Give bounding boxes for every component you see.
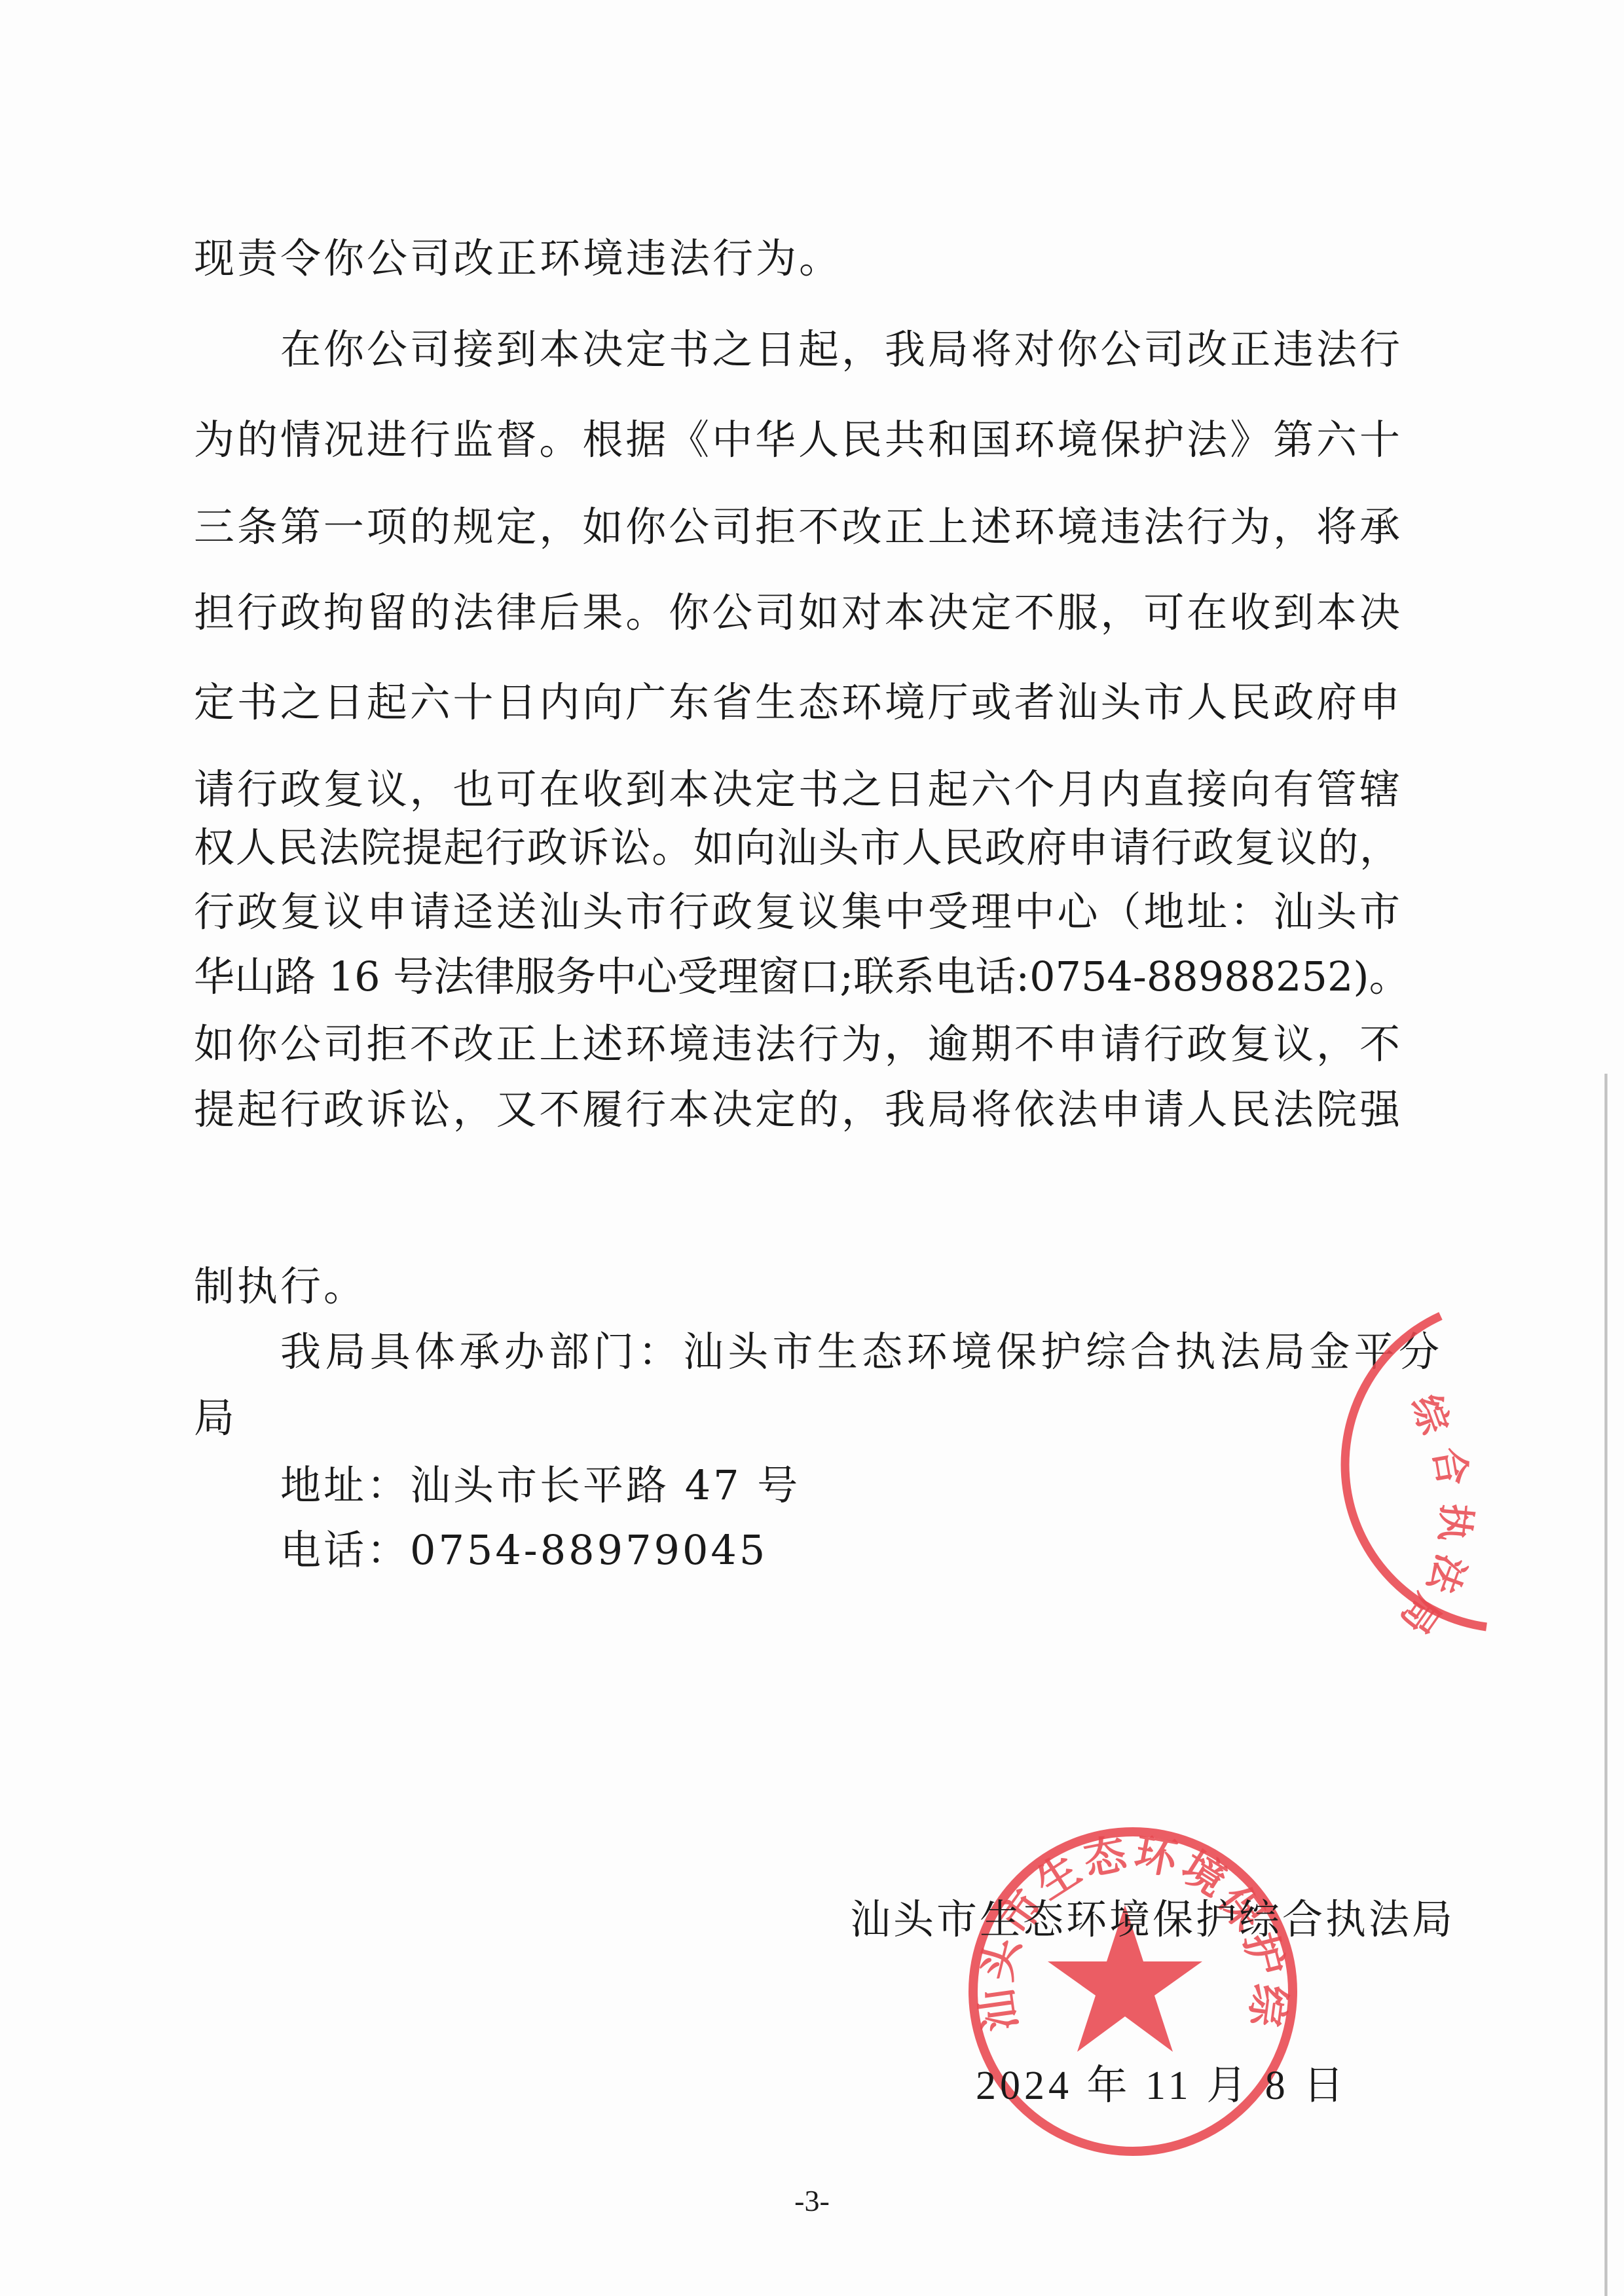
address-line: 地址：汕头市长平路 47 号 xyxy=(280,1459,800,1512)
body-line-9: 行政复议申请迳送汕头市行政复议集中受理中心（地址：汕头市 xyxy=(194,886,1400,938)
body-line-7: 请行政复议，也可在收到本决定书之日起六个月内直接向有管辖 xyxy=(194,763,1400,816)
department-line-continued: 局 xyxy=(194,1392,1400,1444)
svg-text:综: 综 xyxy=(1403,1389,1458,1441)
page-number: -3- xyxy=(0,2183,1624,2218)
issue-date: 2024 年 11 月 8 日 xyxy=(976,2060,1348,2112)
body-line-2: 在你公司接到本决定书之日起，我局将对你公司改正违法行 xyxy=(280,323,1400,376)
body-line-1: 现责令你公司改正环境违法行为。 xyxy=(194,232,1400,285)
body-line-10: 华山路 16 号法律服务中心受理窗口;联系电话:0754-88988252)。 xyxy=(194,951,1400,1003)
body-line-5: 担行政拘留的法律后果。你公司如对本决定不服，可在收到本决 xyxy=(194,587,1400,639)
body-line-6: 定书之日起六十日内向广东省生态环境厅或者汕头市人民政府申 xyxy=(194,676,1400,729)
department-line: 我局具体承办部门：汕头市生态环境保护综合执法局金平分 xyxy=(280,1326,1439,1378)
body-line-3: 为的情况进行监督。根据《中华人民共和国环境保护法》第六十 xyxy=(194,414,1400,466)
svg-text:合: 合 xyxy=(1425,1444,1475,1489)
phone-line: 电话：0754-88979045 xyxy=(280,1524,767,1576)
body-line-4: 三条第一项的规定，如你公司拒不改正上述环境违法行为，将承 xyxy=(194,501,1400,553)
body-line-12: 提起行政诉讼，又不履行本决定的，我局将依法申请人民法院强 xyxy=(194,1084,1400,1136)
svg-text:法: 法 xyxy=(1419,1548,1474,1600)
body-line-8: 权人民法院提起行政诉讼。如向汕头市人民政府申请行政复议的， xyxy=(194,822,1400,874)
body-line-13: 制执行。 xyxy=(194,1260,1400,1313)
body-line-11: 如你公司拒不改正上述环境违法行为，逾期不申请行政复议，不 xyxy=(194,1018,1400,1070)
scan-page-edge xyxy=(1604,1074,1608,2296)
issuer-name: 汕头市生态环境保护综合执法局 xyxy=(850,1893,1455,1946)
svg-text:局: 局 xyxy=(1392,1586,1450,1643)
svg-text:执: 执 xyxy=(1431,1502,1479,1544)
document-page: 现责令你公司改正环境违法行为。 在你公司接到本决定书之日起，我局将对你公司改正违… xyxy=(0,0,1624,2296)
